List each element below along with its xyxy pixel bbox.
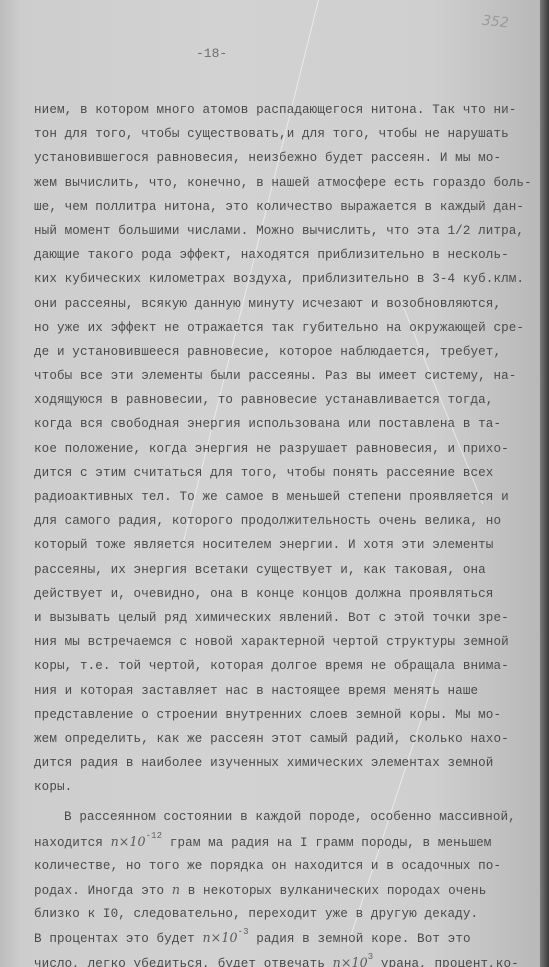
text-line: ный момент большими числами. Можно вычис… xyxy=(34,219,542,243)
text-fragment: число, легко убедиться, будет отвечать xyxy=(34,957,333,967)
text-line: де и установившееся равновесие, которое … xyxy=(34,340,542,364)
text-line: ких кубических километрах воздуха, прибл… xyxy=(34,267,542,291)
text-line: дится с этим считаться для того, чтобы п… xyxy=(34,461,542,485)
scan-edge-shadow xyxy=(540,0,549,967)
paragraph-start-line: В рассеянном состоянии в каждой породе, … xyxy=(34,805,542,829)
text-line-with-formula: находится n×10-12 грам ма радия на I гра… xyxy=(34,830,542,854)
text-line: когда вся свободная энергия использована… xyxy=(34,412,542,436)
text-line: для самого радия, которого продолжительн… xyxy=(34,509,542,533)
text-line: кое положение, когда энергия не разрушае… xyxy=(34,437,542,461)
text-line: жем определить, как же рассеян этот самы… xyxy=(34,727,542,751)
text-line: и вызывать целый ряд химических явлений.… xyxy=(34,606,542,630)
text-line: действует и, очевидно, она в конце концо… xyxy=(34,582,542,606)
text-fragment: родах. Иногда это xyxy=(34,884,172,898)
text-line: нием, в котором много атомов распадающег… xyxy=(34,98,542,122)
archive-number: 352 xyxy=(481,13,509,32)
text-fragment: находится xyxy=(34,836,111,850)
text-line: жем вычислить, что, конечно, в нашей атм… xyxy=(34,171,542,195)
text-line: рассеяны, их энергия всетаки существует … xyxy=(34,558,542,582)
text-line: количестве, но того же порядка он находи… xyxy=(34,854,542,878)
handwritten-formula: n×10 xyxy=(202,930,237,945)
text-line: дится радия в наиболее изученных химичес… xyxy=(34,751,542,775)
text-fragment: В процентах это будет xyxy=(34,932,202,946)
formula-exponent: -12 xyxy=(146,831,163,841)
text-fragment: грам ма радия на I грамм породы, в меньш… xyxy=(162,836,491,850)
text-line: радиоактивных тел. То же самое в меньшей… xyxy=(34,485,542,509)
text-line: установившегося равновесия, неизбежно бу… xyxy=(34,146,542,170)
text-line: тон для того, чтобы существовать,и для т… xyxy=(34,122,542,146)
text-line: коры. xyxy=(34,775,542,799)
text-fragment: в некоторых вулканических породах очень xyxy=(180,884,486,898)
text-fragment: радия в земной коре. Вот это xyxy=(249,932,471,946)
text-fragment: урана, процент,ко- xyxy=(373,957,519,967)
text-line-with-formula: родах. Иногда это n в некоторых вулканич… xyxy=(34,878,542,902)
handwritten-formula: n×10 xyxy=(333,955,368,967)
formula-exponent: 3 xyxy=(368,952,374,962)
handwritten-variable: n xyxy=(172,882,180,897)
text-line: они рассеяны, всякую данную минуту исчез… xyxy=(34,292,542,316)
text-line: чтобы все эти элементы были рассеяны. Ра… xyxy=(34,364,542,388)
text-line: ше, чем поллитра нитона, это количество … xyxy=(34,195,542,219)
text-line: ния и которая заставляет нас в настоящее… xyxy=(34,679,542,703)
text-line-with-formula: В процентах это будет n×10-3 радия в зем… xyxy=(34,926,542,950)
text-line: ния мы встречаемся с новой характерной ч… xyxy=(34,630,542,654)
text-line: коры, т.е. той чертой, которая долгое вр… xyxy=(34,654,542,678)
page-number: -18- xyxy=(196,46,227,61)
typewritten-page: 352 -18- нием, в котором много атомов ра… xyxy=(0,0,541,967)
text-line: который тоже является носителем энергии.… xyxy=(34,533,542,557)
text-line: но уже их эффект не отражается так губит… xyxy=(34,316,542,340)
text-line: представление о строении внутренних слое… xyxy=(34,703,542,727)
text-line: ходящуюся в равновесии, то равновесие ус… xyxy=(34,388,542,412)
document-body: нием, в котором много атомов распадающег… xyxy=(34,98,542,967)
text-line: близко к I0, следовательно, переходит уж… xyxy=(34,902,542,926)
formula-exponent: -3 xyxy=(238,927,249,937)
handwritten-formula: n×10 xyxy=(111,834,146,849)
text-line-with-formula: число, легко убедиться, будет отвечать n… xyxy=(34,951,542,967)
text-line: дающие такого рода эффект, находятся при… xyxy=(34,243,542,267)
